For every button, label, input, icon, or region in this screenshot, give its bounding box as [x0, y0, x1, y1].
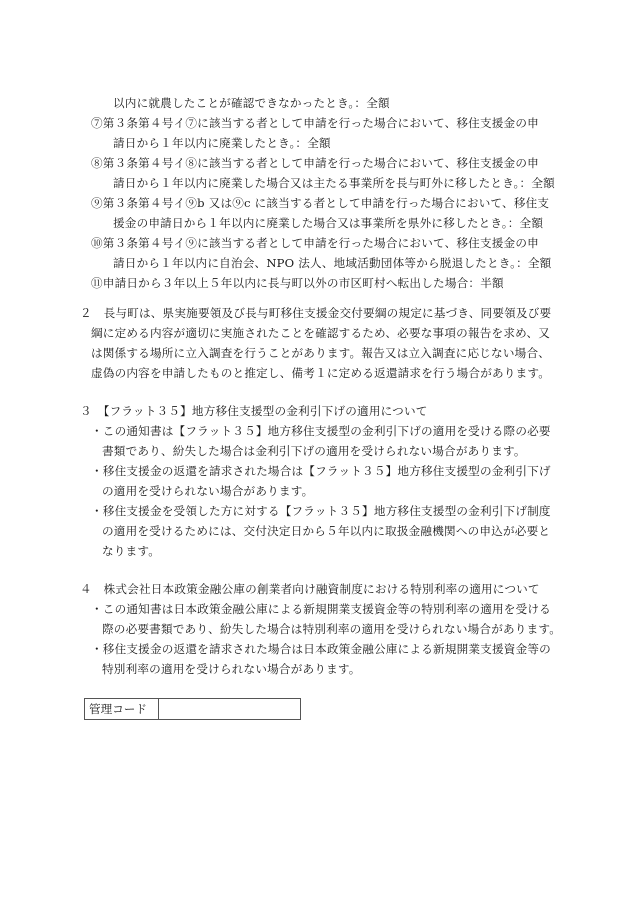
remark-line: 請日から１年以内に廃業した場合又は主たる事業所を長与町外に移したとき。：全額: [113, 176, 555, 190]
remark-item-8: ⑧第３条第４号イ⑧に該当する者として申請を行った場合において、移住支援金の申: [91, 156, 539, 170]
bullet-continuation: 際の必要書類であり、紛失した場合は特別利率の適用を受けられない場合があります。: [102, 622, 561, 636]
section-2-line: 綱に定める内容が適切に実施されたことを確認するため、必要な事項の報告を求め、又: [91, 326, 550, 340]
bullet-line: ・移住支援金の返還を請求された場合は【フラット３５】地方移住支援型の金利引下げ: [91, 464, 551, 478]
section-2-line: は関係する場所に立入調査を行うことがあります。報告又は立入調査に応じない場合、: [91, 346, 550, 360]
bullet-line: ・移住支援金の返還を請求された場合は日本政策金融公庫による新規開業支援資金等の: [91, 642, 551, 656]
remark-line: 請日から１年以内に自治会、NPO 法人、地域活動団体等から脱退したとき。：全額: [113, 256, 551, 270]
remark-item-9: ⑨第３条第４号イ⑨b 又は⑨c に該当する者として申請を行った場合において、移住…: [91, 196, 549, 210]
remark-line: 援金の申請日から１年以内に廃業した場合又は事業所を県外に移したとき。：全額: [113, 216, 543, 230]
remark-item-10: ⑩第３条第４号イ⑨に該当する者として申請を行った場合において、移住支援金の申: [91, 236, 539, 250]
management-code-value: [159, 699, 300, 719]
bullet-line: ・移住支援金を受領した方に対する【フラット３５】地方移住支援型の金利引下げ制度: [91, 504, 551, 518]
management-code-box: 管理コード: [84, 698, 301, 720]
bullet-line: ・この通知書は日本政策金融公庫による新規開業支援資金等の特別利率の適用を受ける: [91, 602, 551, 616]
bullet-line: ・この通知書は【フラット３５】地方移住支援型の金利引下げの適用を受ける際の必要: [91, 424, 551, 438]
management-code-label: 管理コード: [85, 699, 159, 719]
section-2-line: 虚偽の内容を申請したものと推定し、備考１に定める返還請求を行う場合があります。: [91, 366, 550, 380]
remark-item-7: ⑦第３条第４号イ⑦に該当する者として申請を行った場合において、移住支援金の申: [91, 116, 539, 130]
bullet-continuation: 特別利率の適用を受けられない場合があります。: [102, 662, 361, 676]
section-4-heading: ４ 株式会社日本政策金融公庫の創業者向け融資制度における特別利率の適用について: [80, 582, 540, 596]
section-2-line: ２ 長与町は、県実施要領及び長与町移住支援金交付要綱の規定に基づき、同要領及び要: [80, 306, 551, 320]
remark-line: 以内に就農したことが確認できなかったとき。：全額: [113, 96, 390, 110]
bullet-continuation: の適用を受けられない場合があります。: [102, 484, 313, 498]
bullet-continuation: の適用を受けるためには、交付決定日から５年以内に取扱金融機関への申込が必要と: [102, 524, 550, 538]
remark-line: 請日から１年以内に廃業したとき。：全額: [113, 136, 331, 150]
bullet-continuation: なります。: [102, 544, 160, 558]
section-3-heading: ３ 【フラット３５】地方移住支援型の金利引下げの適用について: [80, 404, 428, 418]
bullet-continuation: 書類であり、紛失した場合は金利引下げの適用を受けられない場合があります。: [102, 444, 526, 458]
remark-item-11: ⑪申請日から３年以上５年以内に長与町以外の市区町村へ転出した場合：半額: [91, 276, 504, 290]
